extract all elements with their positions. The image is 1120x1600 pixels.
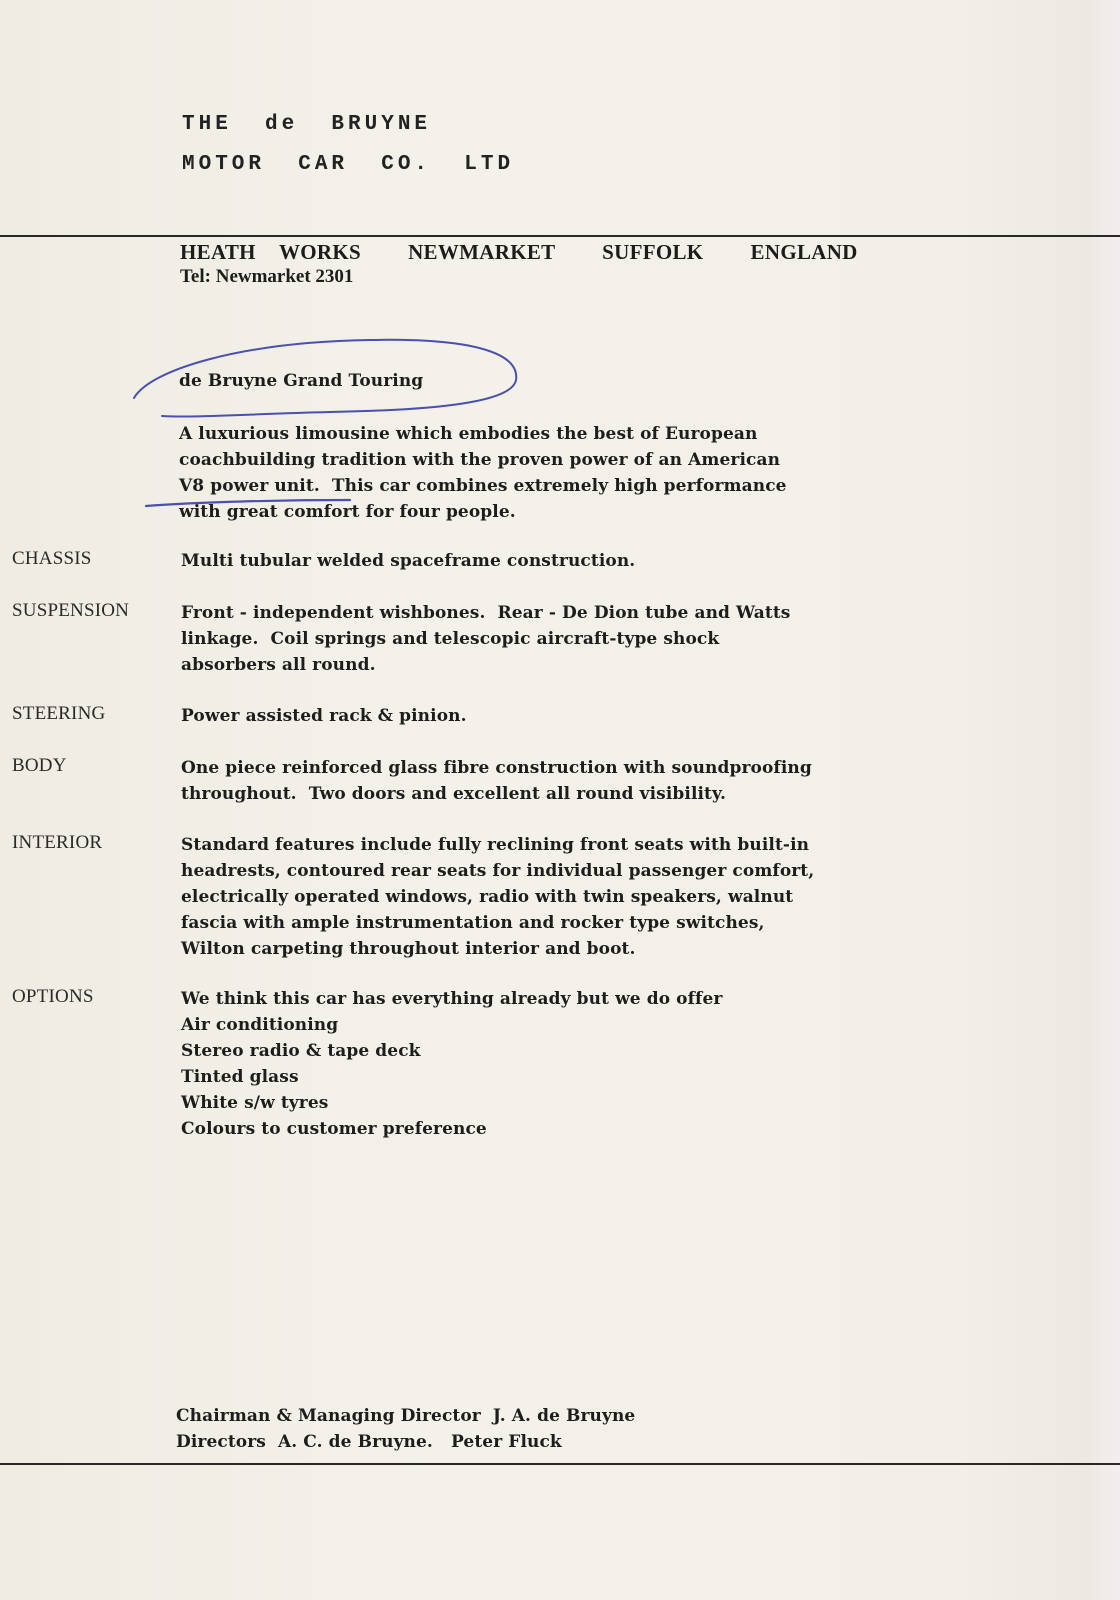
section-label: STEERING xyxy=(12,703,105,725)
intro-paragraph: A luxurious limousine which embodies the… xyxy=(179,421,999,525)
option-item: White s/w tyres xyxy=(181,1090,981,1116)
footer-chairman: Chairman & Managing Director J. A. de Br… xyxy=(176,1403,635,1429)
section-line: fascia with ample instrumentation and ro… xyxy=(181,910,981,936)
section-line: absorbers all round. xyxy=(181,652,981,678)
footer: Chairman & Managing Director J. A. de Br… xyxy=(176,1403,635,1455)
section-line: Wilton carpeting throughout interior and… xyxy=(181,936,981,962)
section-line: Front - independent wishbones. Rear - De… xyxy=(181,600,981,626)
section-text: One piece reinforced glass fibre constru… xyxy=(181,755,981,807)
section-text: Standard features include fully reclinin… xyxy=(181,832,981,962)
section-text: Multi tubular welded spaceframe construc… xyxy=(181,548,981,574)
section-line: One piece reinforced glass fibre constru… xyxy=(181,755,981,781)
address-line: HEATH WORKS NEWMARKET SUFFOLK ENGLAND xyxy=(180,240,858,265)
document-title: de Bruyne Grand Touring xyxy=(179,368,423,394)
intro-line: with great comfort for four people. xyxy=(179,499,999,525)
option-item: Colours to customer preference xyxy=(181,1116,981,1142)
section-label: SUSPENSION xyxy=(12,600,129,622)
footer-rule xyxy=(0,1463,1120,1465)
section-label: CHASSIS xyxy=(12,548,92,570)
intro-line: coachbuilding tradition with the proven … xyxy=(179,447,999,473)
intro-line: V8 power unit. This car combines extreme… xyxy=(179,473,999,499)
section-line: linkage. Coil springs and telescopic air… xyxy=(181,626,981,652)
section-text: Front - independent wishbones. Rear - De… xyxy=(181,600,981,678)
section-label: OPTIONS xyxy=(12,986,94,1008)
section-text: Power assisted rack & pinion. xyxy=(181,703,981,729)
intro-line: A luxurious limousine which embodies the… xyxy=(179,421,999,447)
section-line: Standard features include fully reclinin… xyxy=(181,832,981,858)
header-rule xyxy=(0,235,1120,237)
section-line: headrests, contoured rear seats for indi… xyxy=(181,858,981,884)
option-item: Stereo radio & tape deck xyxy=(181,1038,981,1064)
section-text: We think this car has everything already… xyxy=(181,986,981,1142)
section-line: Multi tubular welded spaceframe construc… xyxy=(181,548,981,574)
telephone-line: Tel: Newmarket 2301 xyxy=(180,266,353,288)
section-line: throughout. Two doors and excellent all … xyxy=(181,781,981,807)
option-item: Air conditioning xyxy=(181,1012,981,1038)
section-label: BODY xyxy=(12,755,67,777)
section-label: INTERIOR xyxy=(12,832,102,854)
company-name-line-1: THE de BRUYNE xyxy=(182,113,431,136)
section-line: We think this car has everything already… xyxy=(181,986,981,1012)
company-name-line-2: MOTOR CAR CO. LTD xyxy=(182,153,514,176)
section-line: Power assisted rack & pinion. xyxy=(181,703,981,729)
section-line: electrically operated windows, radio wit… xyxy=(181,884,981,910)
footer-directors: Directors A. C. de Bruyne. Peter Fluck xyxy=(176,1429,635,1455)
option-item: Tinted glass xyxy=(181,1064,981,1090)
